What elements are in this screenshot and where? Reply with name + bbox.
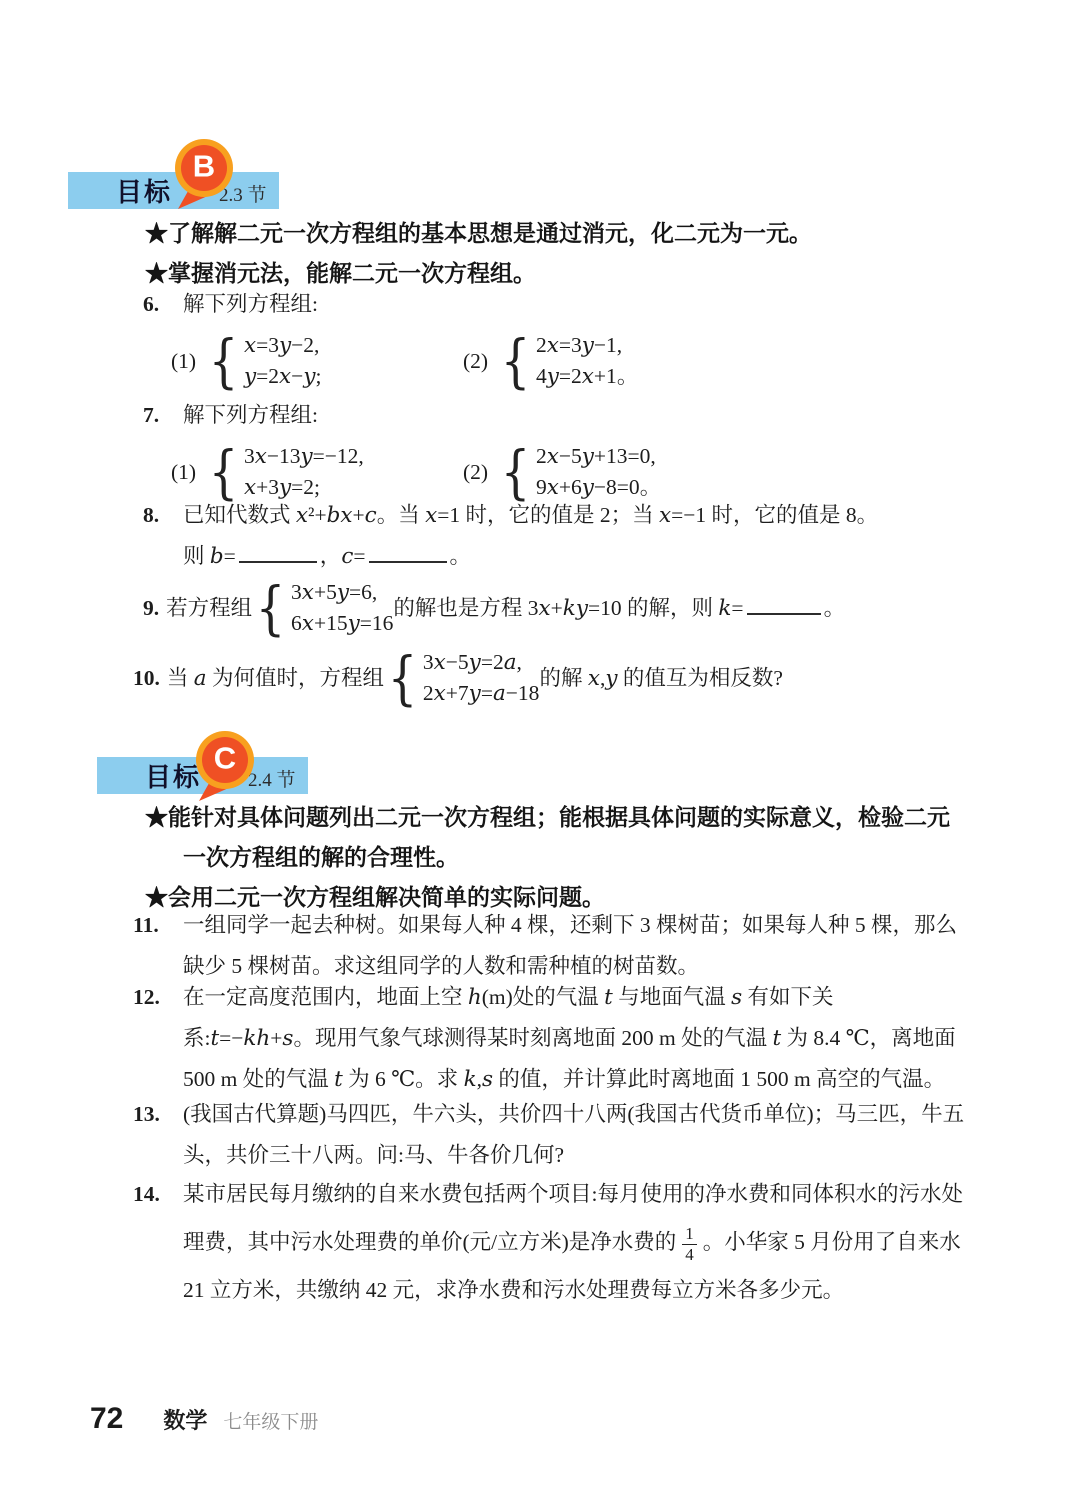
- footer-subject: 数学: [163, 1404, 207, 1435]
- section-b-badge-letter: B: [193, 149, 215, 185]
- equation: 3x+5y=6,: [291, 577, 393, 608]
- math-run: y=2x−y;: [244, 364, 321, 388]
- equation: 3x−13y=−12,: [244, 441, 364, 472]
- section-b-title: 目标: [116, 172, 172, 209]
- system-label: (2): [463, 452, 488, 493]
- math-run: t=−kh+s: [210, 1026, 293, 1050]
- equation-system: { 3x−5y=2a, 2x+7y=a−18: [384, 646, 539, 710]
- problem-8: 8. 已知代数式 x²+bx+c。当 x=1 时，它的值是 2；当 x=−1 时…: [133, 495, 965, 577]
- math-run: x=1: [425, 503, 460, 527]
- page-footer: 72 数学 七年级下册: [90, 1402, 318, 1436]
- problem-text: 则 b=，c=。: [133, 536, 965, 577]
- system-label: (2): [463, 341, 488, 382]
- problem-number: 13.: [133, 1094, 160, 1135]
- section-c-badge-letter: C: [214, 741, 236, 777]
- problem-11: 11. 一组同学一起去种树。如果每人种 4 棵，还剩下 3 棵树苗；如果每人种 …: [133, 905, 965, 987]
- textbook-page: 目标 2.3 节 B ★了解解二元一次方程组的基本思想是通过消元，化二元为一元。…: [0, 0, 1065, 1508]
- problem-text: 若方程组: [166, 588, 252, 629]
- math-run: x²+bx+c: [296, 503, 377, 527]
- math-run: x=3y−2,: [244, 333, 319, 357]
- equation-systems-row: (1) { x=3y−2, y=2x−y; (2) { 2x=3y−1, 4y=…: [133, 325, 965, 397]
- fraction: 14: [682, 1224, 697, 1264]
- footer-book-title: 七年级下册: [223, 1407, 318, 1434]
- section-c-header-bar: 目标 2.4 节 C: [97, 757, 308, 794]
- problem-text: 的解也是方程 3x+ky=10 的解，则 k=。: [393, 588, 845, 629]
- math-run: x=−1: [659, 503, 706, 527]
- problem-7: 7. 解下列方程组: (1) { 3x−13y=−12, x+3y=2; (2)…: [133, 395, 965, 508]
- problem-number: 6.: [143, 284, 159, 325]
- equation: 2x+7y=a−18: [423, 678, 540, 709]
- problem-text: 某市居民每月缴纳的自来水费包括两个项目:每月使用的净水费和同体积水的污水处理费，…: [133, 1170, 965, 1314]
- blank-underline: [747, 613, 821, 615]
- problem-13: 13. (我国古代算题)马四匹，牛六头，共价四十八两(我国古代货币单位)；马三匹…: [133, 1094, 965, 1176]
- brace-symbol: {: [501, 329, 531, 393]
- problem-text: 当 a 为何值时，方程组: [167, 658, 384, 699]
- equation: 3x−5y=2a,: [423, 647, 540, 678]
- problem-number: 14.: [133, 1170, 160, 1218]
- problem-text: 在一定高度范围内，地面上空 h(m)处的气温 t 与地面气温 s 有如下关系:t…: [133, 977, 965, 1100]
- math-run: 3x+5y=6,: [291, 580, 377, 604]
- math-run: 2x−5y+13=0,: [536, 444, 656, 468]
- problem-text: 解下列方程组:: [133, 395, 965, 436]
- problem-number: 12.: [133, 977, 160, 1018]
- math-run: 2x+7y=a−18: [423, 681, 540, 705]
- equation-system: { 3x+5y=6, 6x+15y=16: [252, 576, 393, 640]
- math-run: k,s: [464, 1067, 493, 1091]
- equation: x=3y−2,: [244, 330, 321, 361]
- math-run: 4y=2x+1: [536, 364, 617, 388]
- equation: 6x+15y=16: [291, 608, 393, 639]
- problem-text: 的解 x,y 的值互为相反数?: [539, 658, 782, 699]
- problem-10: 10. 当 a 为何值时，方程组 { 3x−5y=2a, 2x+7y=a−18 …: [133, 642, 965, 714]
- problem-number: 9.: [143, 588, 159, 629]
- equation-system-1: (1) { x=3y−2, y=2x−y;: [171, 325, 321, 397]
- problem-text: (我国古代算题)马四匹，牛六头，共价四十八两(我国古代货币单位)；马三匹，牛五头…: [133, 1094, 965, 1176]
- math-run: 3x+ky=10: [528, 596, 622, 620]
- system-label: (1): [171, 341, 196, 382]
- problem-number: 7.: [143, 395, 159, 436]
- math-run: t: [772, 1026, 781, 1050]
- problem-14: 14. 某市居民每月缴纳的自来水费包括两个项目:每月使用的净水费和同体积水的污水…: [133, 1170, 965, 1314]
- problem-number: 11.: [133, 905, 159, 946]
- problem-number: 8.: [143, 495, 159, 536]
- problem-6: 6. 解下列方程组: (1) { x=3y−2, y=2x−y; (2) { 2…: [133, 284, 965, 397]
- section-b-header-bar: 目标 2.3 节 B: [68, 172, 279, 209]
- math-run: a: [194, 666, 207, 690]
- equation-system-2: (2) { 2x=3y−1, 4y=2x+1。: [463, 325, 638, 397]
- section-c-badge: C: [189, 731, 255, 805]
- problem-12: 12. 在一定高度范围内，地面上空 h(m)处的气温 t 与地面气温 s 有如下…: [133, 977, 965, 1100]
- problem-text: 解下列方程组:: [133, 284, 965, 325]
- math-run: s: [731, 985, 742, 1009]
- math-run: h: [468, 985, 482, 1009]
- blank-underline: [239, 561, 317, 563]
- math-run: 3x−5y=2a,: [423, 650, 522, 674]
- section-b-objectives: ★了解解二元一次方程组的基本思想是通过消元，化二元为一元。 ★掌握消元法，能解二…: [145, 213, 967, 293]
- problem-text: 一组同学一起去种树。如果每人种 4 棵，还剩下 3 棵树苗；如果每人种 5 棵，…: [133, 905, 965, 987]
- math-run: b=: [210, 544, 236, 568]
- problem-text: 已知代数式 x²+bx+c。当 x=1 时，它的值是 2；当 x=−1 时，它的…: [133, 495, 965, 536]
- section-c-objectives: ★能针对具体问题列出二元一次方程组；能根据具体问题的实际意义，检验二元一次方程组…: [145, 797, 967, 917]
- section-c-subtitle: 2.4 节: [248, 765, 296, 792]
- math-run: 2x=3y−1,: [536, 333, 622, 357]
- problem-9: 9. 若方程组 { 3x+5y=6, 6x+15y=16 的解也是方程 3x+k…: [133, 572, 965, 644]
- math-run: 6x+15y=16: [291, 611, 393, 635]
- page-number: 72: [90, 1402, 123, 1436]
- equation: y=2x−y;: [244, 361, 321, 392]
- equation: 4y=2x+1。: [536, 361, 638, 392]
- math-run: t: [604, 985, 613, 1009]
- section-b-badge: B: [168, 139, 234, 213]
- math-run: 3x−13y=−12,: [244, 444, 364, 468]
- brace-symbol: {: [209, 329, 239, 393]
- math-run: c=: [341, 544, 365, 568]
- brace-symbol: {: [388, 646, 418, 710]
- objective-item: ★能针对具体问题列出二元一次方程组；能根据具体问题的实际意义，检验二元一次方程组…: [145, 797, 967, 877]
- problem-number: 10.: [133, 658, 160, 699]
- objective-item: ★了解解二元一次方程组的基本思想是通过消元，化二元为一元。: [145, 213, 967, 253]
- math-run: t: [334, 1067, 343, 1091]
- equation: 2x=3y−1,: [536, 330, 638, 361]
- blank-underline: [369, 561, 447, 563]
- brace-symbol: {: [256, 576, 286, 640]
- math-run: k=: [718, 596, 743, 620]
- system-label: (1): [171, 452, 196, 493]
- math-run: x,y: [588, 666, 618, 690]
- equation: 2x−5y+13=0,: [536, 441, 661, 472]
